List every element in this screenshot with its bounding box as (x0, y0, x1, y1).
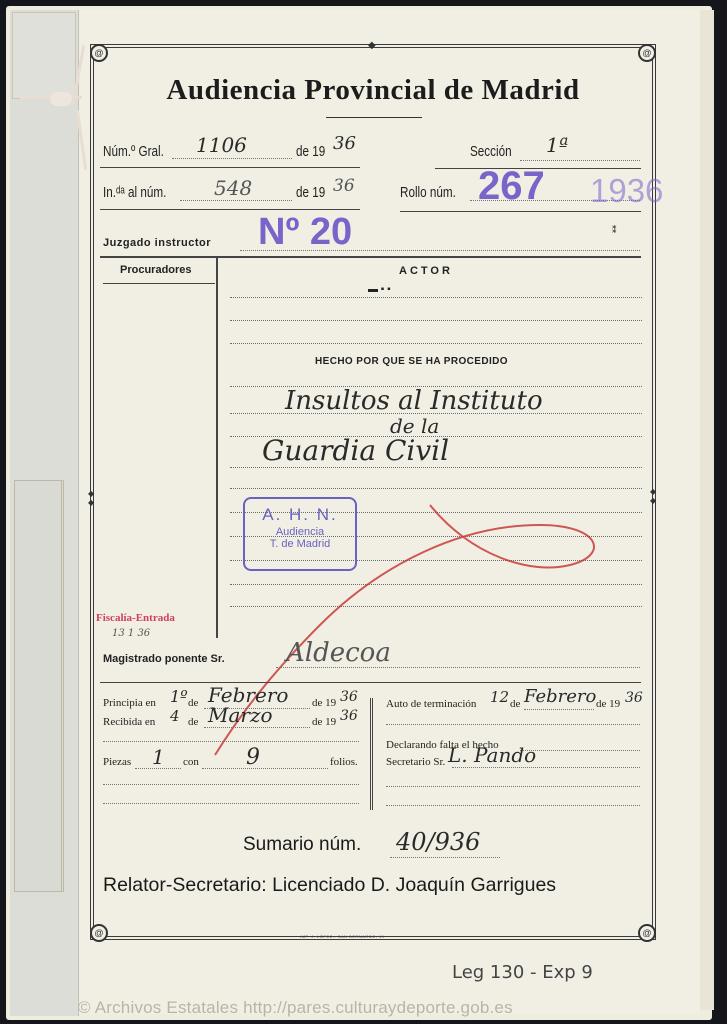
page-title: Audiencia Provincial de Madrid (96, 74, 650, 107)
folios-value: 9 (246, 745, 260, 770)
separator (400, 211, 641, 212)
recibida-year-label: de 19 (312, 716, 336, 728)
folios-line (202, 768, 328, 769)
frame-corner-ornament-icon: @ (90, 44, 108, 62)
hecho-text-line-1: Insultos al Instituto (285, 386, 543, 416)
frame-diamond-icon: ◆◆ (650, 487, 656, 505)
recibida-line (204, 727, 310, 728)
rollo-stamp-number: 267 (478, 164, 545, 209)
sumario-label: Sumario núm. (243, 834, 361, 856)
auto-terminacion-de: de (510, 698, 520, 710)
legajo-expediente-note: Leg 130 - Exp 9 (452, 962, 593, 983)
incidencia-value: 548 (214, 176, 252, 200)
fiscalia-entrada-stamp: Fiscalía-Entrada (96, 612, 175, 624)
principia-day: 1º (170, 687, 188, 706)
seccion-value: 1ª (546, 133, 568, 157)
blank-line (103, 803, 359, 804)
num-gral-year-label: de 19 (296, 143, 325, 160)
principia-label: Principia en (103, 697, 156, 709)
hecho-text-line-3: Guardia Civil (262, 434, 449, 467)
piezas-con: con (183, 756, 199, 768)
blank-line (386, 786, 640, 787)
seccion-line (520, 160, 640, 161)
hecho-line (230, 467, 642, 469)
blank-line (386, 724, 640, 725)
sumario-line (390, 857, 500, 858)
piezas-value: 1 (152, 745, 165, 769)
relator-secretario: Relator-Secretario: Licenciado D. Joaquí… (103, 874, 556, 897)
recibida-de: de (188, 716, 198, 728)
ink-mark-icon: ▬ ▪ ▪ (368, 284, 391, 295)
folios-label: folios. (330, 756, 358, 768)
blank-line (103, 784, 359, 785)
separator (103, 283, 215, 284)
num-gral-line (172, 158, 292, 159)
auto-terminacion-day: 12 (490, 688, 509, 706)
principia-de: de (188, 697, 198, 709)
ink-mark-icon: ⁑ (612, 225, 617, 236)
auto-terminacion-line (524, 709, 594, 710)
recibida-day: 4 (170, 707, 180, 725)
auto-terminacion-year-label: de 19 (596, 698, 620, 710)
auto-terminacion-label: Auto de terminación (386, 698, 476, 710)
num-gral-label: Núm.º Gral. (103, 143, 164, 160)
cord-knot (50, 92, 72, 106)
separator (100, 682, 641, 683)
principia-year-label: de 19 (312, 697, 336, 709)
recibida-label: Recibida en (103, 716, 155, 728)
incidencia-line (180, 200, 292, 201)
title-rule (326, 117, 422, 118)
incidencia-label: In.ᵈᵃ al núm. (103, 184, 166, 201)
column-divider (370, 698, 373, 810)
actor-label: ACTOR (399, 265, 453, 277)
principia-year: 36 (340, 689, 358, 705)
secretario-value: L. Pando (448, 743, 536, 767)
incidencia-year-value: 36 (333, 176, 355, 196)
recibida-month: Marzo (208, 703, 273, 727)
spine-fold-bottom (14, 480, 64, 892)
actor-line (230, 297, 642, 299)
juzgado-stamp: Nº 20 (258, 211, 352, 254)
frame-corner-ornament-icon: @ (638, 44, 656, 62)
rollo-stamp-year: 1936 (590, 172, 663, 210)
separator (100, 167, 360, 168)
archive-watermark: © Archivos Estatales http://pares.cultur… (78, 998, 513, 1018)
spine-fold-top (12, 12, 76, 99)
auto-terminacion-year: 36 (625, 690, 643, 706)
declarando-line (520, 750, 640, 751)
separator (100, 256, 641, 258)
hecho-label: HECHO POR QUE SE HA PROCEDIDO (315, 356, 508, 367)
fiscalia-date: 13 1 36 (112, 628, 150, 639)
juzgado-label: Juzgado instructor (103, 237, 211, 249)
blank-line (103, 741, 359, 742)
sumario-value: 40/936 (396, 828, 480, 856)
frame-diamond-icon: ◆◆ (88, 489, 94, 507)
actor-line (230, 320, 642, 322)
blank-line (386, 805, 640, 806)
separator (100, 209, 360, 210)
secretario-label: Secretario Sr. (386, 756, 445, 768)
printer-imprint: IMP. J. LÓPEZ.- SAN BERNARDO, 19 (300, 934, 384, 939)
num-gral-value: 1106 (196, 133, 247, 157)
blank-line (230, 488, 642, 490)
recibida-year: 36 (340, 708, 358, 724)
frame-corner-ornament-icon: @ (638, 924, 656, 942)
rollo-label: Rollo núm. (400, 184, 456, 201)
frame-corner-ornament-icon: @ (90, 924, 108, 942)
magistrado-value: Aldecoa (286, 638, 391, 668)
procuradores-label: Procuradores (120, 264, 192, 276)
seccion-label: Sección (470, 143, 512, 160)
num-gral-year-value: 36 (333, 133, 356, 154)
piezas-label: Piezas (103, 756, 131, 768)
auto-terminacion-month: Febrero (524, 686, 596, 707)
actor-line (230, 343, 642, 345)
secretario-line (452, 767, 640, 768)
frame-diamond-icon: ◆ (368, 40, 376, 51)
magistrado-label: Magistrado ponente Sr. (103, 653, 225, 665)
incidencia-year-label: de 19 (296, 184, 325, 201)
